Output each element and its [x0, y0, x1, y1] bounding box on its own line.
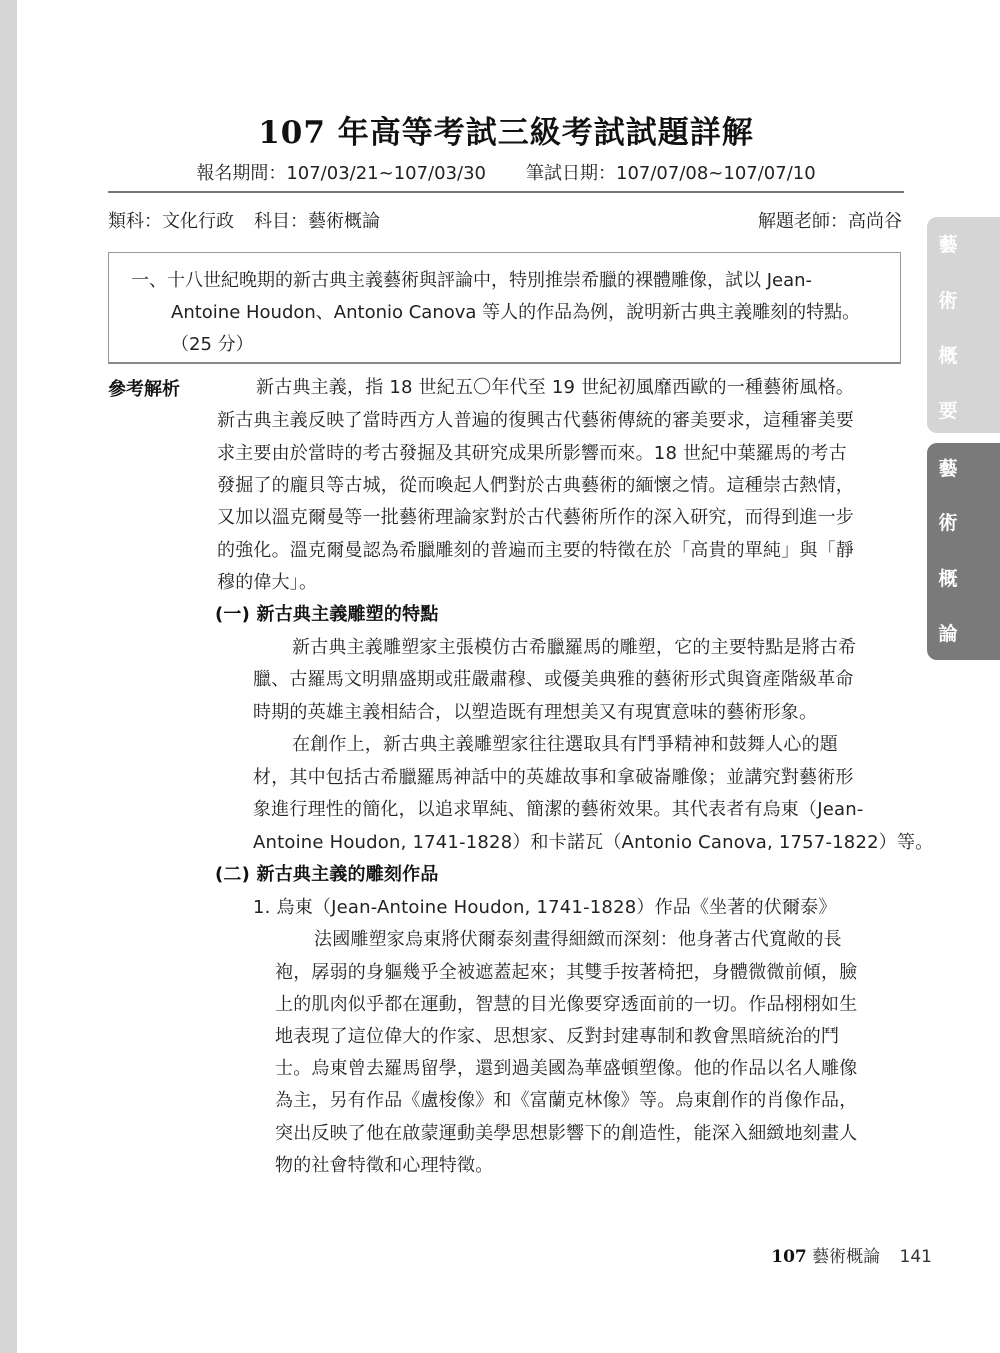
side-tab-char: 術 — [937, 289, 959, 313]
exam-dates: 報名期間：107/03/21~107/03/30筆試日期：107/07/08~1… — [108, 160, 904, 188]
text-line: 又加以溫克爾曼等一批藝術理論家對於古代藝術所作的深入研究，而得到進一步 — [217, 502, 854, 534]
question-line: 一、十八世紀晚期的新古典主義藝術與評論中，特別推崇希臘的裸體雕像，試以 Jean… — [131, 265, 812, 297]
question-line: （25 分） — [171, 329, 254, 361]
text-line: 在創作上，新古典主義雕塑家往往選取具有鬥爭精神和鼓舞人心的題 — [292, 729, 838, 761]
text-line: 法國雕塑家烏東將伏爾泰刻畫得細緻而深刻：他身著古代寬敞的長 — [314, 924, 842, 956]
text-line: 新古典主義雕塑家主張模仿古希臘羅馬的雕塑，它的主要特點是將古希 — [292, 632, 856, 664]
text-line: 時期的英雄主義相結合，以塑造既有理想美又有現實意味的藝術形象。 — [253, 697, 817, 729]
text-line: 穆的偉大」。 — [217, 567, 317, 599]
text-line: 士。烏東曾去羅馬留學，還到過美國為華盛頓塑像。他的作品以名人雕像 — [275, 1053, 857, 1085]
side-tab-char: 論 — [937, 622, 959, 646]
question-box: 一、十八世紀晚期的新古典主義藝術與評論中，特別推崇希臘的裸體雕像，試以 Jean… — [108, 252, 901, 364]
side-tab-art-theory[interactable]: 藝 術 概 論 — [927, 443, 1000, 660]
answer-label: 參考解析 — [108, 374, 180, 406]
exam-meta: 類科：文化行政科目：藝術概論 解題老師：高尚谷 — [108, 207, 904, 237]
side-tab-char: 術 — [937, 511, 959, 535]
section-heading: (二) 新古典主義的雕刻作品 — [215, 859, 439, 891]
text-line: Antoine Houdon, 1741-1828）和卡諾瓦（Antonio C… — [253, 827, 933, 859]
side-tab-char: 概 — [937, 567, 959, 591]
registration-period: 報名期間：107/03/21~107/03/30 — [196, 163, 486, 184]
text-line: 為主，另有作品《盧梭像》和《富蘭克林像》等。烏東創作的肖像作品， — [275, 1085, 857, 1117]
text-line: 上的肌肉似乎都在運動，智慧的目光像要穿透面前的一切。作品栩栩如生 — [275, 989, 857, 1021]
exam-teacher: 解題老師：高尚谷 — [758, 207, 902, 237]
text-line: 新古典主義，指 18 世紀五〇年代至 19 世紀初風靡西歐的一種藝術風格。 — [256, 372, 854, 404]
text-line: 物的社會特徵和心理特徵。 — [275, 1150, 493, 1182]
exam-subject: 科目：藝術概論 — [254, 211, 380, 232]
page-number: 141 — [900, 1247, 932, 1267]
footer-subject: 藝術概論 — [812, 1247, 880, 1267]
text-line: 新古典主義反映了當時西方人普遍的復興古代藝術傳統的審美要求，這種審美要 — [217, 405, 854, 437]
question-line: Antoine Houdon、Antonio Canova 等人的作品為例，說明… — [171, 297, 860, 329]
side-tab-art-summary[interactable]: 藝 術 概 要 — [927, 217, 1000, 433]
text-line: 發掘了的龐貝等古城，從而喚起人們對於古典藝術的緬懷之情。這種崇古熱情， — [217, 470, 854, 502]
text-line: 袍，孱弱的身軀幾乎全被遮蓋起來；其雙手按著椅把，身體微微前傾，臉 — [275, 957, 857, 989]
page-footer: 107 藝術概論 141 — [771, 1245, 932, 1269]
text-line: 突出反映了他在啟蒙運動美學思想影響下的創造性，能深入細緻地刻畫人 — [275, 1118, 857, 1150]
text-line: 的強化。溫克爾曼認為希臘雕刻的普遍而主要的特徵在於「高貴的單純」與「靜 — [217, 535, 854, 567]
footer-year: 107 — [771, 1247, 807, 1267]
side-tab-char: 要 — [937, 399, 959, 423]
text-line: 象進行理性的簡化，以追求單純、簡潔的藝術效果。其代表者有烏東（Jean- — [253, 794, 864, 826]
exam-date: 筆試日期：107/07/08~107/07/10 — [526, 163, 816, 184]
exam-category: 類科：文化行政 — [108, 211, 234, 232]
text-line: 地表現了這位偉大的作家、思想家、反對封建專制和教會黑暗統治的鬥 — [275, 1021, 839, 1053]
section-heading: (一) 新古典主義雕塑的特點 — [215, 599, 439, 631]
item-title: 1. 烏東（Jean-Antoine Houdon, 1741-1828）作品《… — [253, 892, 837, 924]
page-title: 107 年高等考試三級考試試題詳解 — [108, 108, 904, 158]
side-tab-char: 概 — [937, 344, 959, 368]
text-line: 材，其中包括古希臘羅馬神話中的英雄故事和拿破崙雕像；並講究對藝術形 — [253, 762, 854, 794]
side-tab-char: 藝 — [937, 233, 959, 257]
side-tab-char: 藝 — [937, 457, 959, 481]
title-divider — [108, 191, 904, 193]
text-line: 臘、古羅馬文明鼎盛期或莊嚴肅穆、或優美典雅的藝術形式與資產階級革命 — [253, 664, 854, 696]
text-line: 求主要由於當時的考古發掘及其研究成果所影響而來。18 世紀中葉羅馬的考古 — [217, 438, 847, 470]
page-edge-strip — [0, 0, 17, 1353]
